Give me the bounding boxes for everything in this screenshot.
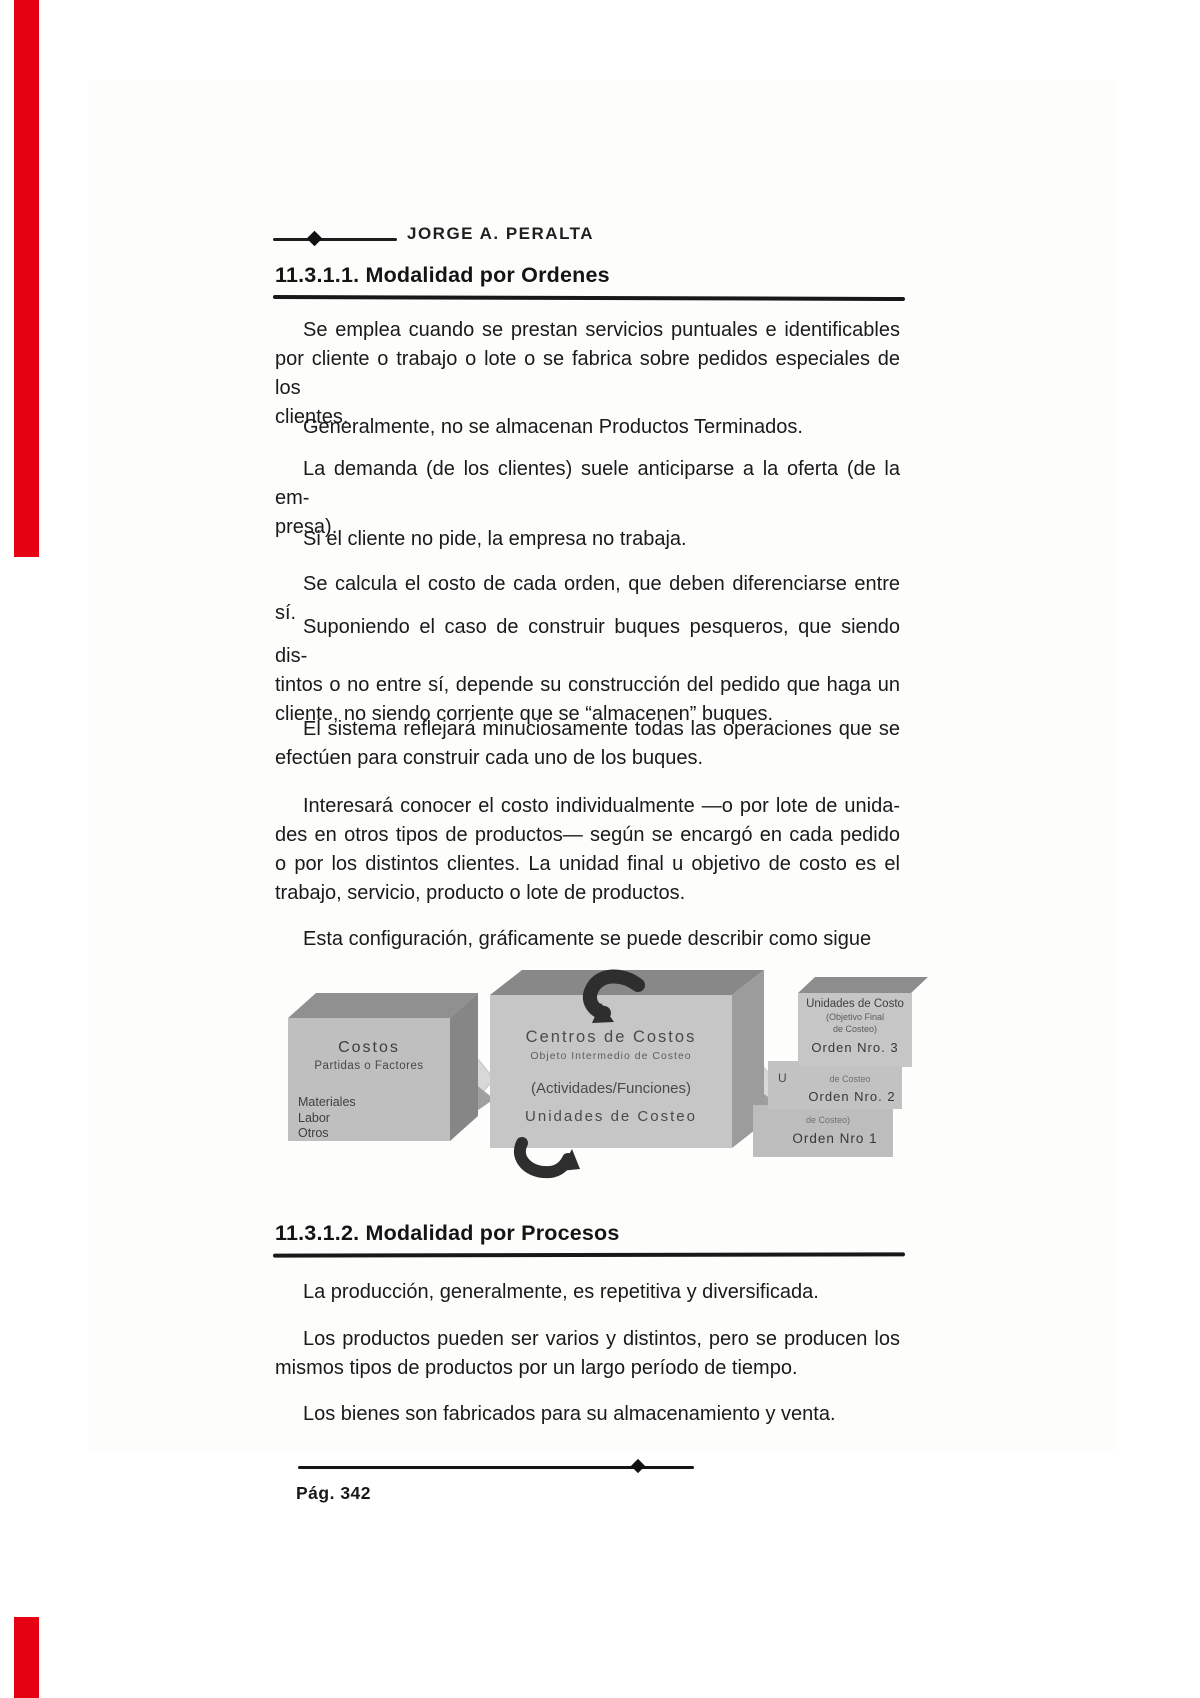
paragraph: La producción, generalmente, es repetiti… bbox=[275, 1278, 900, 1307]
text-line: Si el cliente no pide, la empresa no tra… bbox=[275, 525, 900, 554]
stack-orden-2: U de Costeo Orden Nro. 2 bbox=[768, 1061, 902, 1109]
paragraph: Suponiendo el caso de construir buques p… bbox=[275, 613, 900, 729]
text-line: Suponiendo el caso de construir buques p… bbox=[275, 613, 900, 671]
cost-flow-diagram: Costos Partidas o Factores Materiales La… bbox=[250, 893, 930, 1185]
stack-orden-1: de Costeo) Orden Nro 1 bbox=[753, 1105, 893, 1157]
scanned-book-page: JORGE A. PERALTA 11.3.1.1. Modalidad por… bbox=[0, 0, 1200, 1698]
paragraph: Generalmente, no se almacenan Productos … bbox=[275, 413, 900, 442]
text-line: efectúen para construir cada uno de los … bbox=[275, 744, 900, 773]
text-line: mismos tipos de productos por un largo p… bbox=[275, 1354, 900, 1383]
stack-letter-u: U bbox=[778, 1071, 787, 1085]
diamond-ornament-icon bbox=[631, 1459, 645, 1473]
stack-orden1-label: Orden Nro 1 bbox=[792, 1131, 877, 1146]
stack-sub1: (Objetivo Final bbox=[826, 1012, 884, 1022]
text-line: tintos o no entre sí, depende su constru… bbox=[275, 671, 900, 700]
red-edge-ribbon-top bbox=[14, 0, 39, 557]
box-costos-item: Materiales bbox=[298, 1095, 356, 1109]
paragraph: Los productos pueden ser varios y distin… bbox=[275, 1325, 900, 1383]
text-line: Generalmente, no se almacenan Productos … bbox=[275, 413, 900, 442]
section-heading-procesos: 11.3.1.2. Modalidad por Procesos bbox=[275, 1221, 620, 1246]
text-line: por cliente o trabajo o lote o se fabric… bbox=[275, 345, 900, 403]
paragraph: Interesará conocer el costo individualme… bbox=[275, 792, 900, 908]
box-costos: Costos Partidas o Factores Materiales La… bbox=[288, 993, 478, 1141]
box-centros-units: Unidades de Costeo bbox=[525, 1108, 697, 1125]
box-costos-subtitle: Partidas o Factores bbox=[314, 1060, 423, 1072]
section-heading-ordenes: 11.3.1.1. Modalidad por Ordenes bbox=[275, 263, 610, 288]
text-line: La producción, generalmente, es repetiti… bbox=[275, 1278, 900, 1307]
text-line: o por los distintos clientes. La unidad … bbox=[275, 850, 900, 879]
header-rule bbox=[273, 238, 397, 241]
box-costos-item: Labor bbox=[298, 1111, 330, 1125]
stack-orden3-label: Orden Nro. 3 bbox=[811, 1040, 898, 1055]
box-centros-activities: (Actividades/Funciones) bbox=[531, 1080, 691, 1097]
text-line: El sistema reflejará minuciosamente toda… bbox=[275, 715, 900, 744]
stack-orden-3: Unidades de Costo (Objetivo Final de Cos… bbox=[798, 977, 928, 1067]
red-edge-ribbon-bottom bbox=[14, 1617, 39, 1698]
stack-title: Unidades de Costo bbox=[806, 998, 904, 1010]
box-centros: Centros de Costos Objeto Intermedio de C… bbox=[490, 970, 764, 1148]
running-header-author: JORGE A. PERALTA bbox=[407, 224, 594, 244]
stack-sub2: de Costeo) bbox=[833, 1024, 877, 1034]
paragraph: El sistema reflejará minuciosamente toda… bbox=[275, 715, 900, 773]
box-centros-title: Centros de Costos bbox=[526, 1028, 697, 1046]
text-line: Los productos pueden ser varios y distin… bbox=[275, 1325, 900, 1354]
text-line: des en otros tipos de productos— según s… bbox=[275, 821, 900, 850]
paragraph: Si el cliente no pide, la empresa no tra… bbox=[275, 525, 900, 554]
box-costos-title: Costos bbox=[338, 1039, 400, 1056]
text-line: Los bienes son fabricados para su almace… bbox=[275, 1400, 900, 1429]
text-line: Se emplea cuando se prestan servicios pu… bbox=[275, 316, 900, 345]
paragraph: Los bienes son fabricados para su almace… bbox=[275, 1400, 900, 1429]
stack-fragment: de Costeo bbox=[829, 1074, 870, 1084]
page-number: Pág. 342 bbox=[296, 1483, 371, 1504]
text-line: La demanda (de los clientes) suele antic… bbox=[275, 455, 900, 513]
text-line: Interesará conocer el costo individualme… bbox=[275, 792, 900, 821]
box-costos-item: Otros bbox=[298, 1126, 329, 1140]
stack-orden2-label: Orden Nro. 2 bbox=[808, 1089, 895, 1104]
stack-fragment: de Costeo) bbox=[806, 1115, 850, 1125]
box-centros-subtitle: Objeto Intermedio de Costeo bbox=[530, 1050, 691, 1062]
